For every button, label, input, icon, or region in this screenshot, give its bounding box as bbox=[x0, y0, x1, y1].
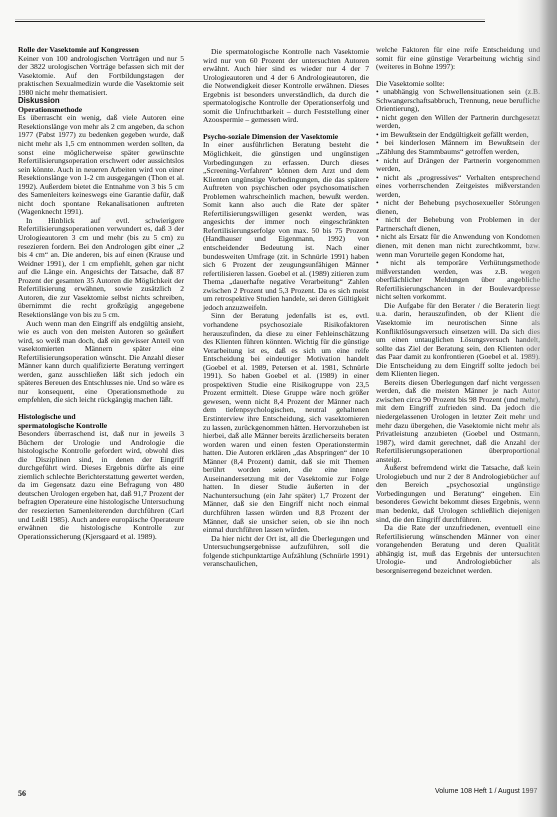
list-item: bei kinderlosen Männern im Bewußtsein de… bbox=[376, 139, 540, 156]
header-rule bbox=[15, 21, 485, 22]
document-page: Rolle der Vasektomie auf Kongressen Kein… bbox=[0, 0, 557, 817]
paragraph-operation-1: Es überrascht ein wenig, daß viele Autor… bbox=[18, 114, 184, 217]
paragraph-faktoren: welche Faktoren für eine reife Entscheid… bbox=[376, 46, 540, 72]
paragraph-psycho-2: Sinn der Beratung jedenfalls ist es, evt… bbox=[203, 312, 369, 534]
paragraph-aufgabe-berater: Die Aufgabe für den Berater / die Berate… bbox=[376, 302, 540, 379]
page-number: 56 bbox=[18, 789, 26, 798]
list-item: nicht der Behebung psychosexueller Störu… bbox=[376, 199, 540, 216]
column-middle: Die spermatologische Kontrolle nach Vase… bbox=[203, 48, 369, 569]
list-item: nicht auf Drängen der Partnerin vorgenom… bbox=[376, 157, 540, 174]
paragraph-operation-2: In Hinblick auf evtl. schwierigere Refer… bbox=[18, 217, 184, 320]
paragraph-histologische: Besonders überraschend ist, daß nur in j… bbox=[18, 430, 184, 541]
header-rule-faint bbox=[15, 19, 485, 20]
paragraph-spermatologische: Die spermatologische Kontrolle nach Vase… bbox=[203, 48, 369, 125]
paragraph-psycho-3: Da hier nicht der Ort ist, all die Überl… bbox=[203, 535, 369, 569]
paragraph-psycho-1: In einer ausführlichen Beratung besteht … bbox=[203, 141, 369, 312]
book-gutter-shadow bbox=[517, 0, 557, 817]
column-left: Rolle der Vasektomie auf Kongressen Kein… bbox=[18, 46, 184, 541]
list-item: nicht als Ersatz für die Anwendung von K… bbox=[376, 233, 540, 259]
criteria-list: unabhängig von Schwellensituationen sein… bbox=[376, 88, 540, 302]
list-item: nicht gegen den Willen der Partnerin dur… bbox=[376, 114, 540, 131]
paragraph-rolle: Keiner von 100 andrologischen Vorträgen … bbox=[18, 55, 184, 98]
paragraph-operation-3: Auch wenn man den Eingriff als endgültig… bbox=[18, 320, 184, 405]
list-item: nicht der Behebung von Problemen in der … bbox=[376, 216, 540, 233]
paragraph-bereits: Bereits diesen Überlegungen darf nicht v… bbox=[376, 379, 540, 464]
list-item: unabhängig von Schwellensituationen sein… bbox=[376, 88, 540, 114]
paragraph-rate: Da die Rate der unzufriedenen, eventuell… bbox=[376, 524, 540, 575]
list-item: nicht als „progressives“ Verhalten entsp… bbox=[376, 174, 540, 200]
column-right: welche Faktoren für eine reife Entscheid… bbox=[376, 46, 540, 575]
paragraph-aeusserst: Äußerst befremdend wirkt die Tatsache, d… bbox=[376, 464, 540, 524]
list-item: nicht als temporäre Verhütungsmethode mi… bbox=[376, 259, 540, 302]
